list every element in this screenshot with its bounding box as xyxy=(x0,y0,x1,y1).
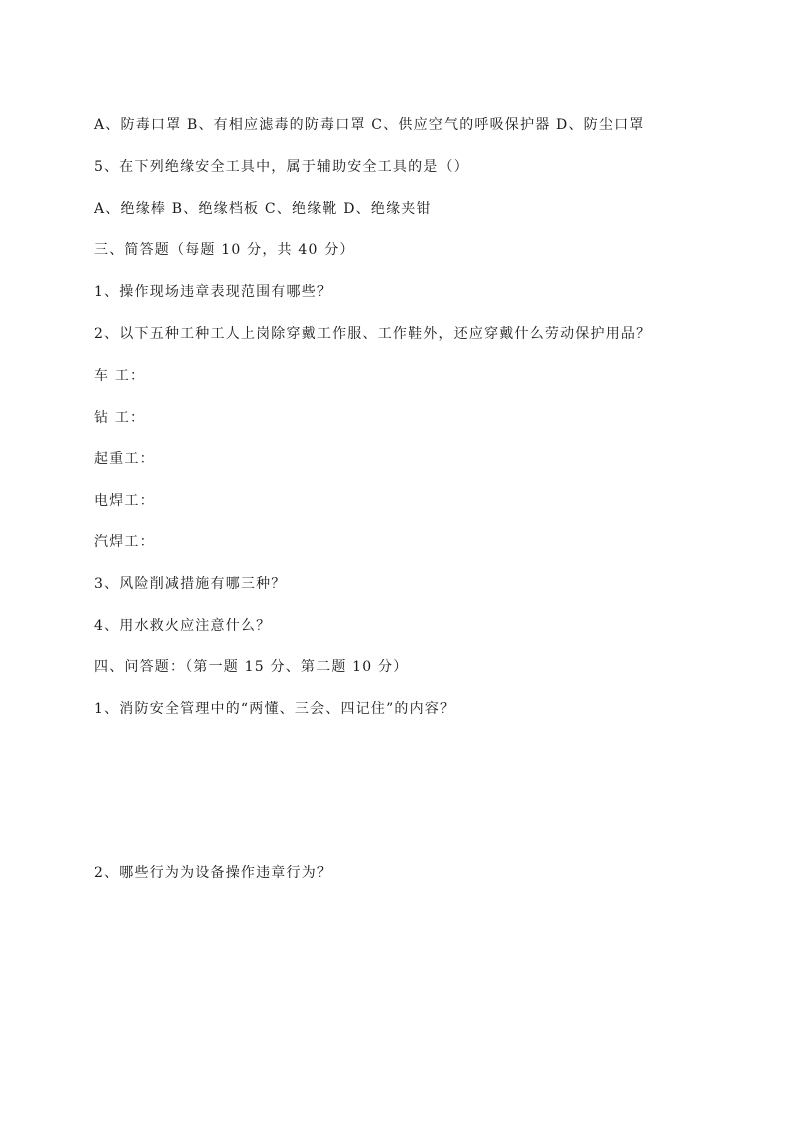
section-4-heading: 四、问答题：（第一题 15 分、第二题 10 分） xyxy=(94,658,408,676)
essay-q1: 1、消防安全管理中的“两懂、三会、四记住”的内容？ xyxy=(94,700,455,718)
answer-label-electric-welder: 电焊工： xyxy=(94,492,155,510)
essay-q2: 2、哪些行为为设备操作违章行为？ xyxy=(94,864,332,882)
short-answer-q4: 4、用水救火应注意什么？ xyxy=(94,617,271,635)
q5-options-line: A、绝缘棒 B、绝缘档板 C、绝缘靴 D、绝缘夹钳 xyxy=(94,200,432,218)
short-answer-q3: 3、风险削减措施有哪三种？ xyxy=(94,575,287,593)
answer-label-rigger: 起重工： xyxy=(94,450,155,468)
answer-label-gas-welder: 汽焊工： xyxy=(94,533,155,551)
short-answer-q1: 1、操作现场违章表现范围有哪些？ xyxy=(94,283,332,301)
q5-question: 5、在下列绝缘安全工具中，属于辅助安全工具的是（） xyxy=(94,158,469,176)
answer-label-lathe-worker: 车 工： xyxy=(94,367,145,385)
answer-label-driller: 钻 工： xyxy=(94,409,145,427)
document-page: A、防毒口罩 B、有相应滤毒的防毒口罩 C、供应空气的呼吸保护器 D、防尘口罩 … xyxy=(0,0,793,1122)
section-3-heading: 三、简答题（每题 10 分，共 40 分） xyxy=(94,241,355,259)
short-answer-q2: 2、以下五种工种工人上岗除穿戴工作服、工作鞋外，还应穿戴什么劳动保护用品？ xyxy=(94,325,651,343)
q4-options-line: A、防毒口罩 B、有相应滤毒的防毒口罩 C、供应空气的呼吸保护器 D、防尘口罩 xyxy=(94,116,644,134)
